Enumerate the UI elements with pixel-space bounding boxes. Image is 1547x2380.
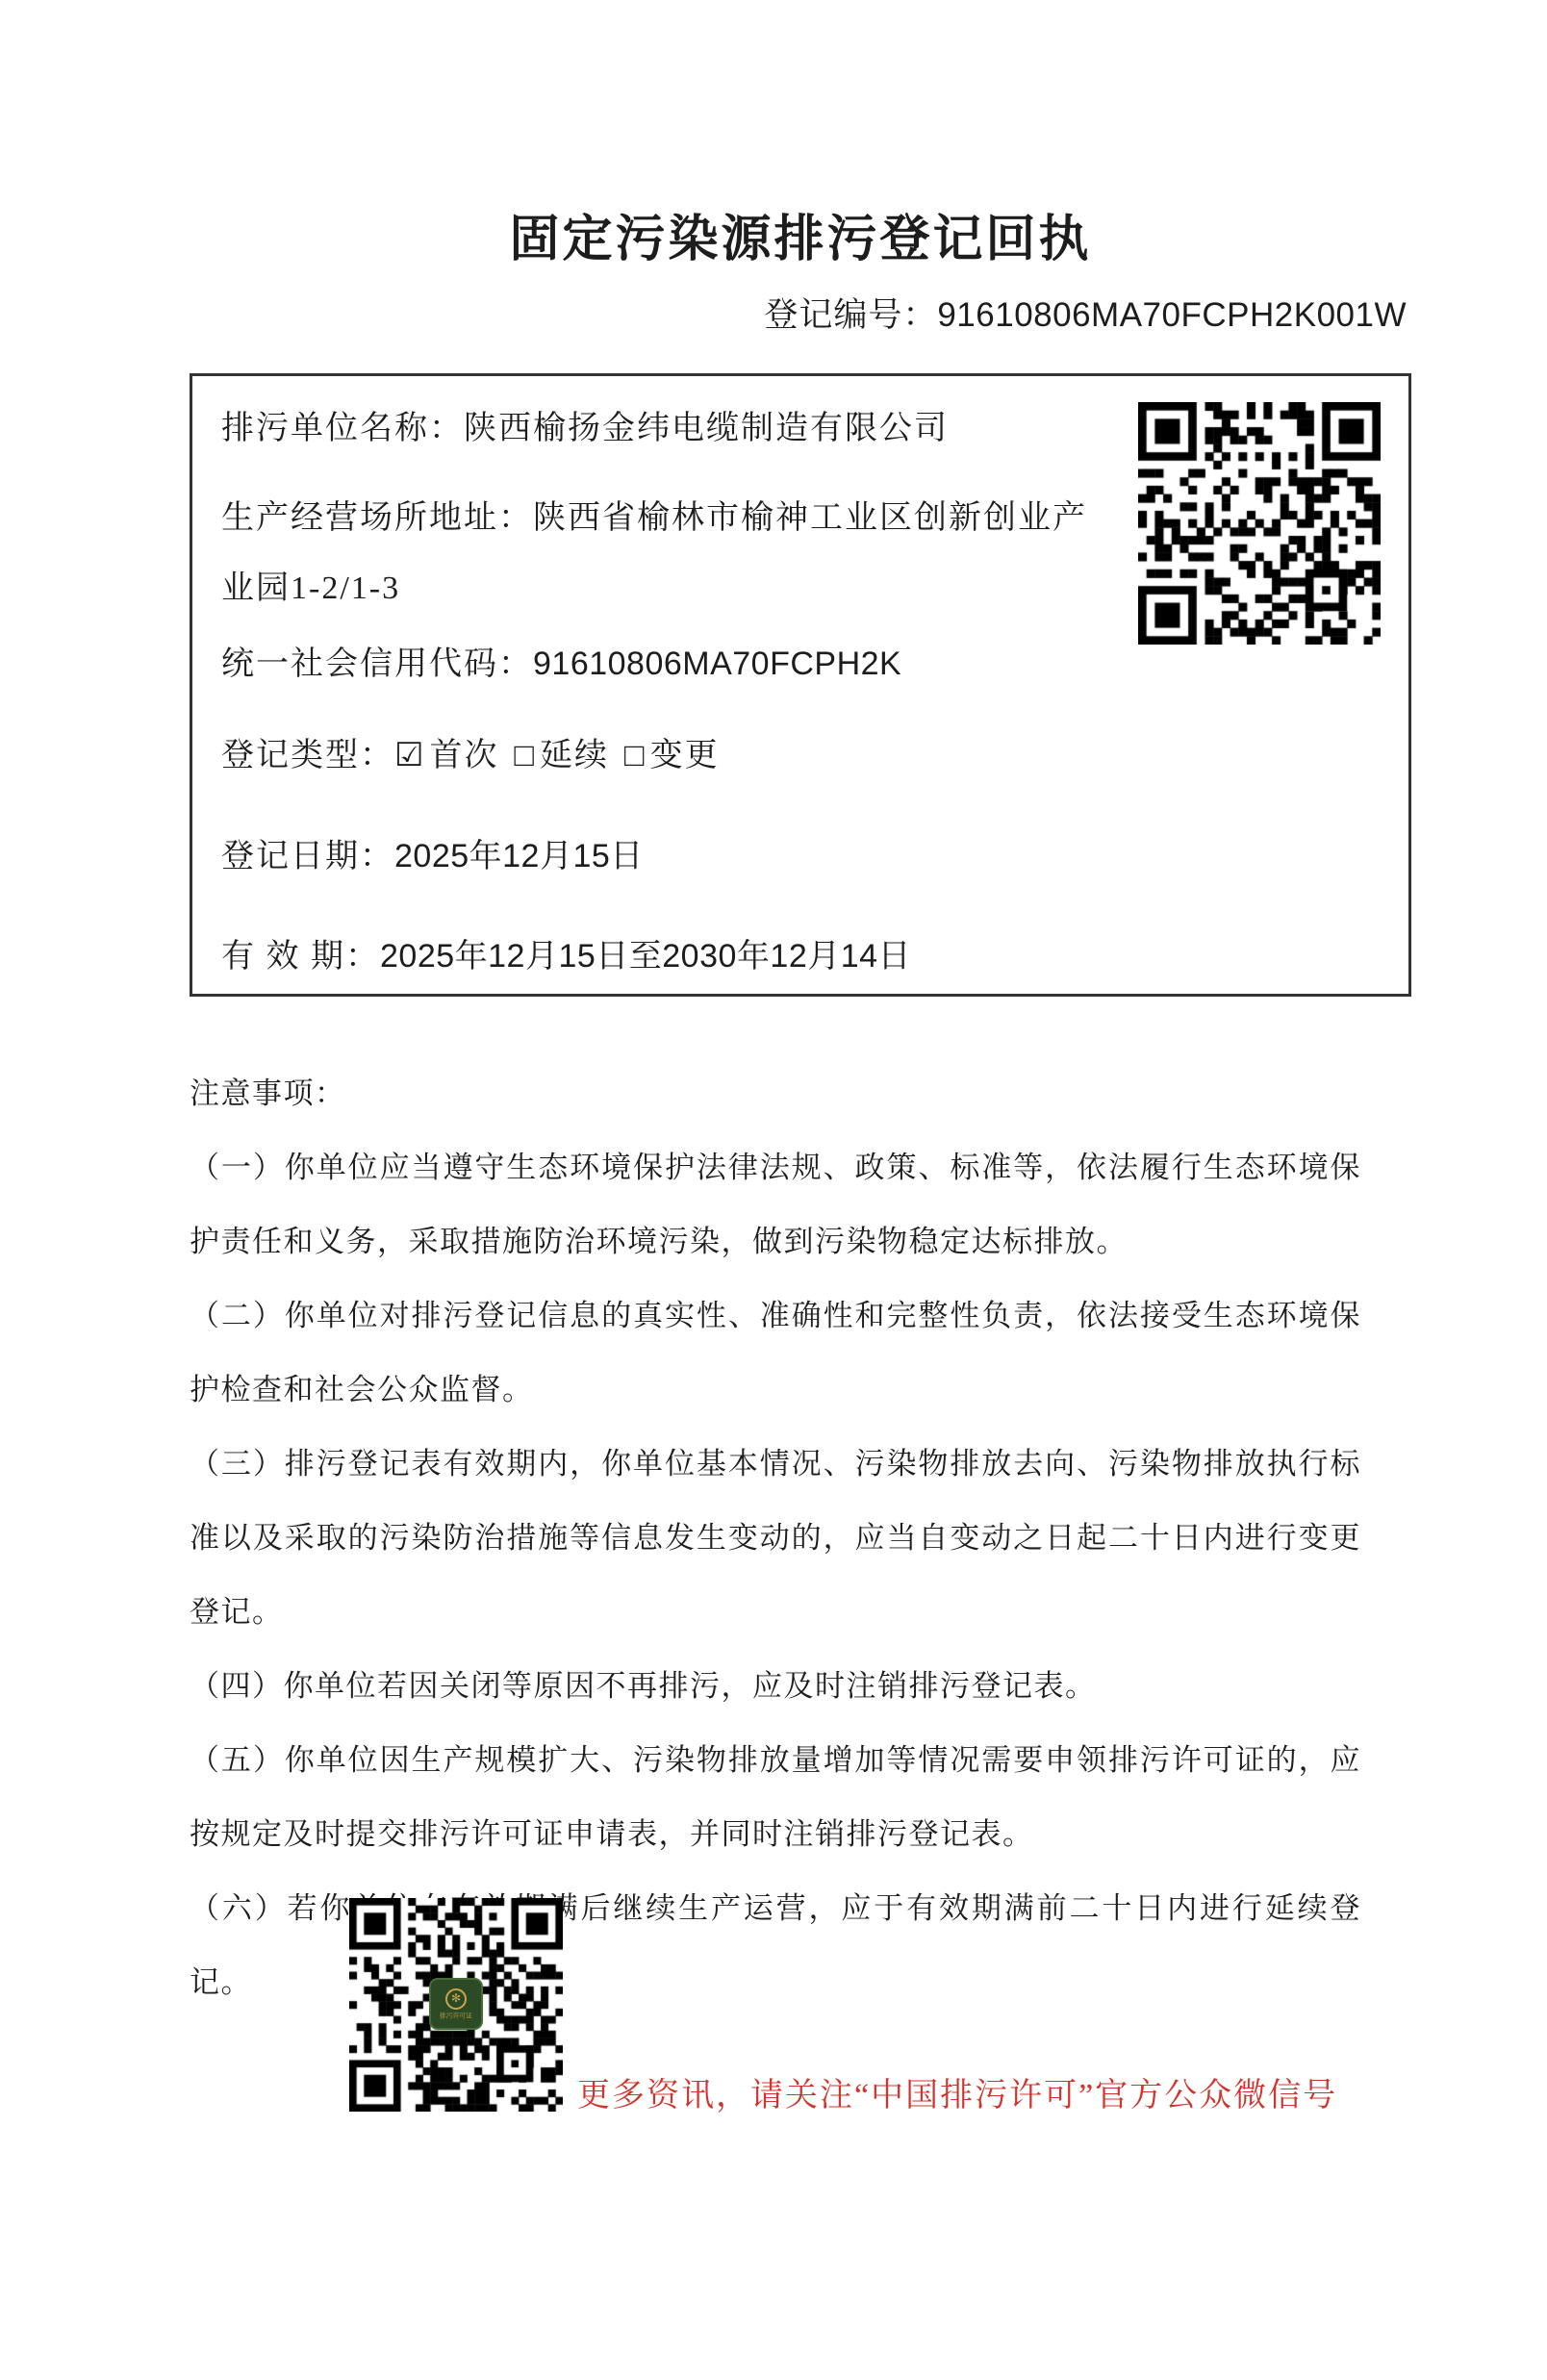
registration-date-label: 登记日期： <box>221 839 394 874</box>
registration-number-label: 登记编号： <box>764 296 937 334</box>
reg-type-option-label: 首次 <box>429 738 498 773</box>
registration-date-row: 登记日期：2025年12月15日 <box>221 822 644 892</box>
reg-type-option-label: 变更 <box>650 738 720 773</box>
notes-section: 注意事项： （一）你单位应当遵守生态环境保护法律法规、政策、标准等，依法履行生态… <box>190 1056 1361 2019</box>
credit-code-row: 统一社会信用代码：91610806MA70FCPH2K <box>221 629 901 699</box>
document-page: 固定污染源排污登记回执 登记编号：91610806MA70FCPH2K001W … <box>0 0 1547 2380</box>
registration-type-label: 登记类型： <box>221 738 394 773</box>
page-title: 固定污染源排污登记回执 <box>190 198 1411 270</box>
registration-date-value: 2025年12月15日 <box>394 838 644 874</box>
reg-type-option-2: □变更 <box>624 738 720 773</box>
reg-type-option-1: □延续 <box>514 738 609 773</box>
address-row: 生产经营场所地址：陕西省榆林市榆神工业区创新创业产业园1-2/1-3 <box>221 483 1099 623</box>
notes-heading: 注意事项： <box>190 1056 1361 1130</box>
validity-value: 2025年12月15日至2030年12月14日 <box>380 938 911 975</box>
wechat-notice-text: 更多资讯，请关注“中国排污许可”官方公众微信号 <box>577 2068 1337 2115</box>
checked-checkbox-icon: ☑ <box>394 738 425 773</box>
permit-logo: ✻ 排污许可证 <box>429 1978 483 2030</box>
registration-number-line: 登记编号：91610806MA70FCPH2K001W <box>764 289 1407 337</box>
note-item-3: （三）排污登记表有效期内，你单位基本情况、污染物排放去向、污染物排放执行标准以及… <box>190 1427 1361 1649</box>
note-item-5: （五）你单位因生产规模扩大、污染物排放量增加等情况需要申领排污许可证的，应按规定… <box>190 1723 1361 1871</box>
note-item-1: （一）你单位应当遵守生态环境保护法律法规、政策、标准等，依法履行生态环境保护责任… <box>190 1130 1361 1279</box>
permit-logo-text: 排污许可证 <box>440 2012 472 2019</box>
qr-code-registration <box>1138 402 1381 645</box>
note-item-2: （二）你单位对排污登记信息的真实性、准确性和完整性负责，依法接受生态环境保护检查… <box>190 1279 1361 1427</box>
registration-number-value: 91610806MA70FCPH2K001W <box>937 296 1407 334</box>
credit-code-value: 91610806MA70FCPH2K <box>533 646 901 682</box>
validity-row: 有 效 期：2025年12月15日至2030年12月14日 <box>221 922 911 992</box>
validity-label: 有 效 期： <box>221 939 380 975</box>
unit-name-row: 排污单位名称：陕西榆扬金纬电缆制造有限公司 <box>221 393 949 464</box>
unit-name-label: 排污单位名称： <box>221 411 464 446</box>
reg-type-option-label: 延续 <box>540 738 609 773</box>
credit-code-label: 统一社会信用代码： <box>221 646 533 682</box>
unchecked-checkbox-icon: □ <box>514 738 536 773</box>
unchecked-checkbox-icon: □ <box>624 738 647 773</box>
registration-type-options: ☑首次□延续□变更 <box>394 738 735 773</box>
address-label: 生产经营场所地址： <box>221 500 533 536</box>
permit-crest-icon: ✻ <box>445 1988 467 2010</box>
note-item-4: （四）你单位若因关闭等原因不再排污，应及时注销排污登记表。 <box>190 1649 1361 1723</box>
unit-name-value: 陕西榆扬金纬电缆制造有限公司 <box>464 411 949 446</box>
registration-type-row: 登记类型：☑首次□延续□变更 <box>221 721 735 791</box>
reg-type-option-0: ☑首次 <box>394 738 498 773</box>
